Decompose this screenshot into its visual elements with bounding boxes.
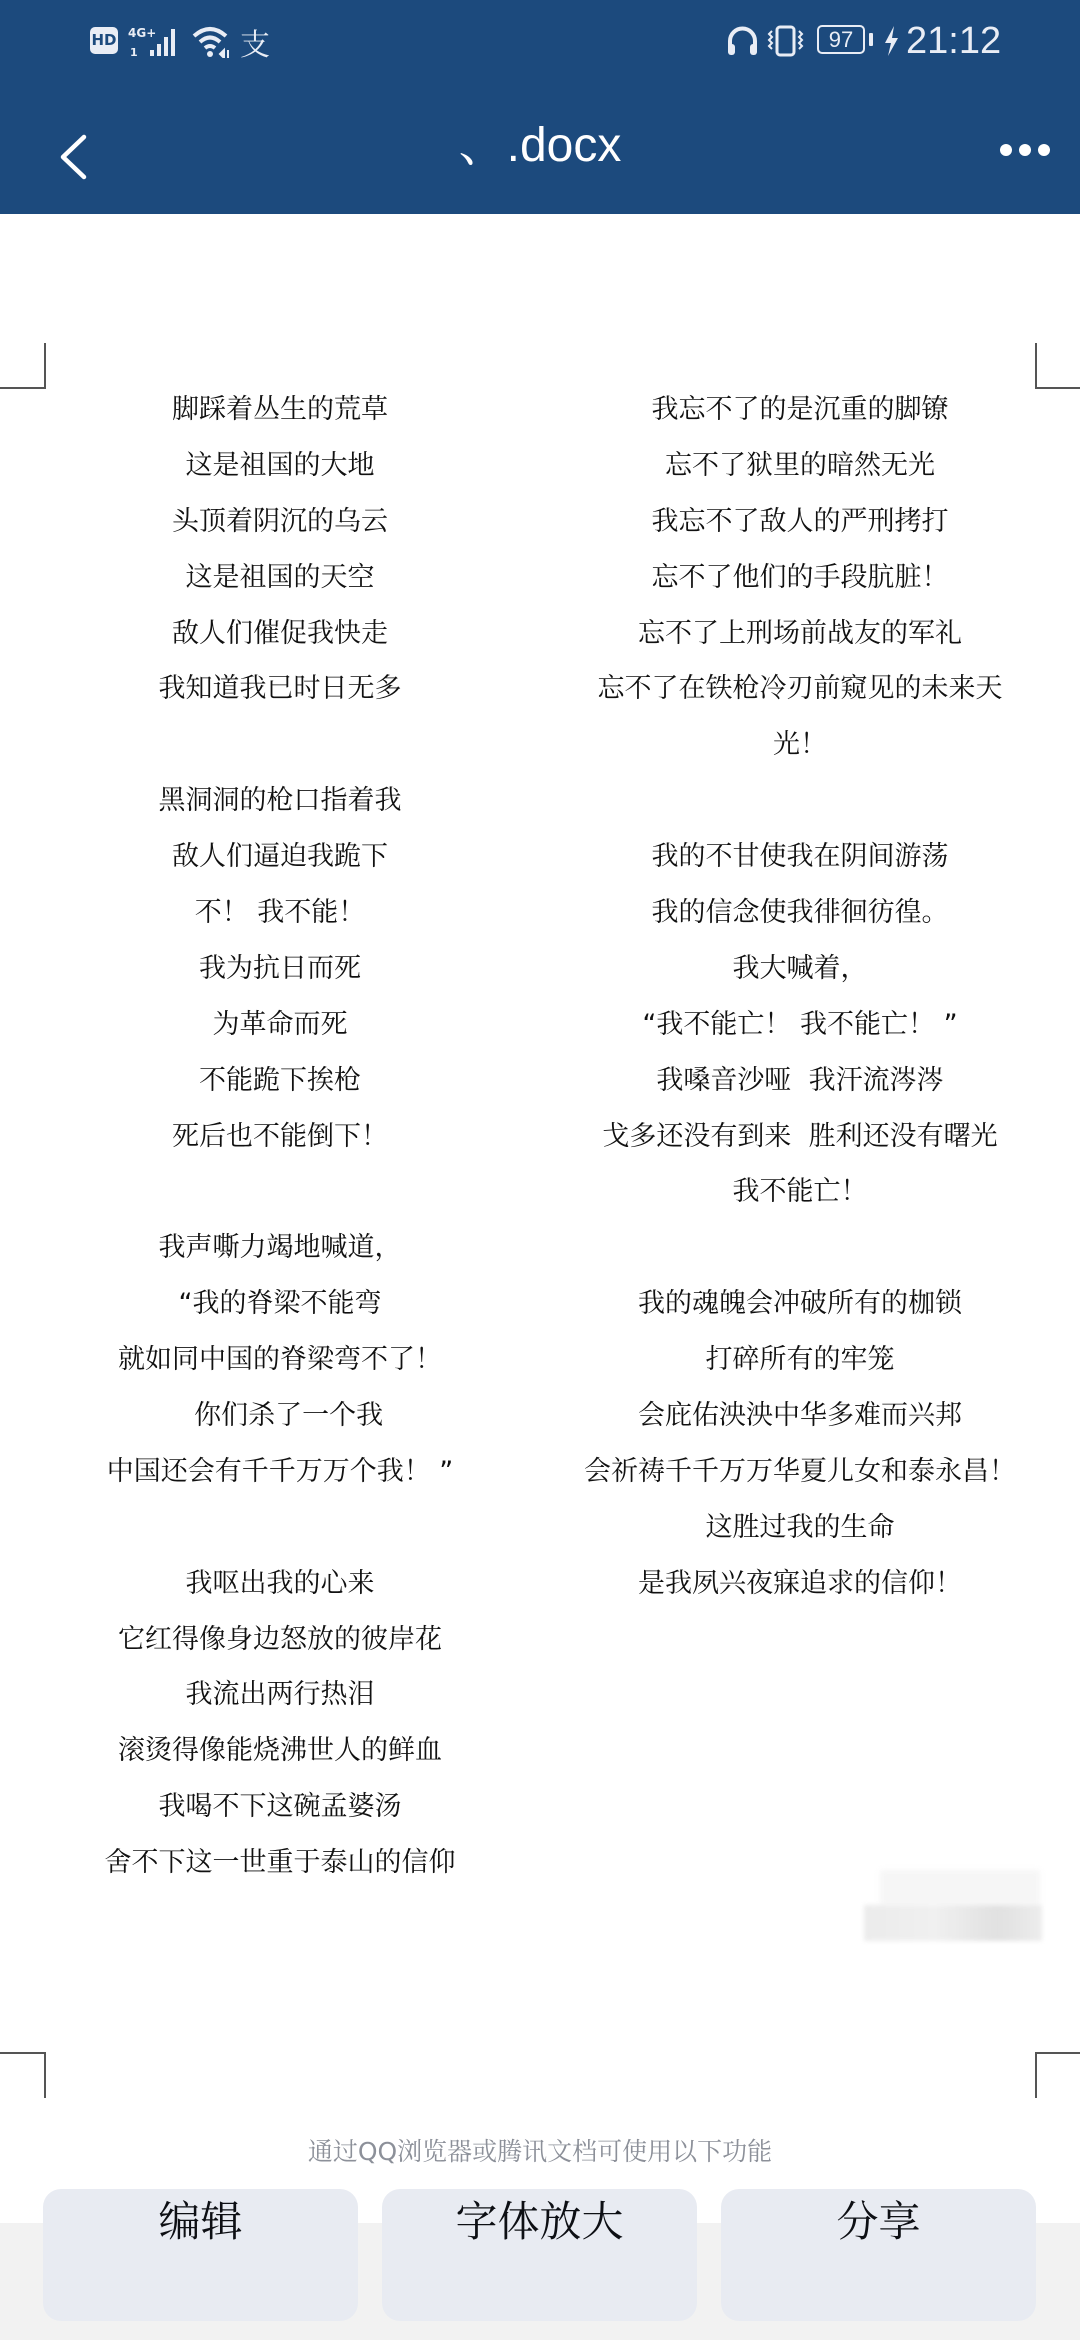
poem-line: 我嗓音沙哑 我汗流涔涔 xyxy=(570,1058,1030,1114)
poem-line: 就如同中国的脊梁弯不了！ xyxy=(60,1337,500,1393)
poem-line: 我声嘶力竭地喊道， xyxy=(60,1225,500,1281)
page-corner-mark xyxy=(1035,2052,1080,2098)
poem-line: 我呕出我的心来 xyxy=(60,1561,500,1617)
poem-line: 我知道我已时日无多 xyxy=(60,666,500,722)
nav-bar: 、.docx xyxy=(0,80,1080,214)
poem-line xyxy=(60,1169,500,1225)
battery-tip xyxy=(869,33,873,46)
poem-line: 不！ 我不能！ xyxy=(60,890,500,946)
more-options-button[interactable] xyxy=(990,124,1060,174)
poem-line: 我大喊着， xyxy=(570,946,1030,1002)
page-corner-mark xyxy=(0,343,46,389)
more-horizontal-icon xyxy=(1038,144,1050,156)
document-page[interactable]: 脚踩着丛生的荒草 这是祖国的大地 头顶着阴沉的乌云 这是祖国的天空 敌人们催促我… xyxy=(0,214,1080,2114)
feature-hint-text: 通过QQ浏览器或腾讯文档可使用以下功能 xyxy=(0,2132,1080,2172)
poem-line: 它红得像身边怒放的彼岸花 xyxy=(60,1617,500,1673)
status-time: 21:12 xyxy=(906,20,1001,63)
poem-line: 这是祖国的天空 xyxy=(60,555,500,611)
poem-line: 我不能亡！ xyxy=(570,1169,1030,1225)
poem-line: 敌人们逼迫我跪下 xyxy=(60,834,500,890)
svg-text:4G+: 4G+ xyxy=(128,26,156,40)
poem-line: 黑洞洞的枪口指着我 xyxy=(60,778,500,834)
poem-line: 忘不了狱里的暗然无光 xyxy=(570,443,1030,499)
wifi-icon xyxy=(192,24,236,58)
vibrate-icon xyxy=(766,25,806,57)
battery-icon: 97 xyxy=(817,25,865,54)
poem-line: 我为抗日而死 xyxy=(60,946,500,1002)
poem-line xyxy=(570,778,1030,834)
more-horizontal-icon xyxy=(1019,144,1031,156)
poem-line xyxy=(60,1505,500,1561)
blurred-watermark xyxy=(880,1870,1040,1906)
poem-line: 死后也不能倒下！ xyxy=(60,1114,500,1170)
poem-line: 头顶着阴沉的乌云 xyxy=(60,499,500,555)
status-bar: HD 4G+ 1 支 97 xyxy=(0,0,1080,80)
page-corner-mark xyxy=(0,2052,46,2098)
chevron-left-icon xyxy=(58,134,88,180)
poem-line: 我流出两行热泪 xyxy=(60,1672,500,1728)
poem-line: 忘不了他们的手段肮脏！ xyxy=(570,555,1030,611)
poem-line: “我的脊梁不能弯 xyxy=(60,1281,500,1337)
poem-line xyxy=(570,1225,1030,1281)
poem-line: 你们杀了一个我 xyxy=(60,1393,500,1449)
poem-column-left: 脚踩着丛生的荒草 这是祖国的大地 头顶着阴沉的乌云 这是祖国的天空 敌人们催促我… xyxy=(60,387,500,1896)
poem-line: 我喝不下这碗孟婆汤 xyxy=(60,1784,500,1840)
poem-line: 这胜过我的生命 xyxy=(570,1505,1030,1561)
poem-line: 我的不甘使我在阴间游荡 xyxy=(570,834,1030,890)
4g-signal-icon: 4G+ 1 xyxy=(128,24,184,58)
share-button[interactable]: 分享 xyxy=(721,2189,1036,2321)
more-horizontal-icon xyxy=(1000,144,1012,156)
poem-line: 这是祖国的大地 xyxy=(60,443,500,499)
poem-line: 中国还会有千千万万个我！ ” xyxy=(60,1449,500,1505)
poem-line: “我不能亡！ 我不能亡！ ” xyxy=(570,1002,1030,1058)
poem-line: 会祈祷千千万万华夏儿女和泰永昌！ xyxy=(570,1449,1030,1505)
poem-line xyxy=(60,722,500,778)
poem-line: 是我夙兴夜寐追求的信仰！ xyxy=(570,1561,1030,1617)
poem-line: 忘不了在铁枪冷刃前窥见的未来天 xyxy=(570,666,1030,722)
document-title: 、.docx xyxy=(200,116,880,176)
app-header: HD 4G+ 1 支 97 xyxy=(0,0,1080,214)
poem-column-right: 我忘不了的是沉重的脚镣 忘不了狱里的暗然无光 我忘不了敌人的严刑拷打 忘不了他们… xyxy=(570,387,1030,1617)
charging-bolt-icon xyxy=(884,26,899,56)
poem-line: 舍不下这一世重于泰山的信仰 xyxy=(60,1840,500,1896)
enlarge-font-button[interactable]: 字体放大 xyxy=(382,2189,697,2321)
hd-icon: HD xyxy=(90,27,118,54)
poem-line: 不能跪下挨枪 xyxy=(60,1058,500,1114)
poem-line: 我忘不了敌人的严刑拷打 xyxy=(570,499,1030,555)
back-button[interactable] xyxy=(40,120,100,190)
poem-line: 戈多还没有到来 胜利还没有曙光 xyxy=(570,1114,1030,1170)
poem-line: 敌人们催促我快走 xyxy=(60,611,500,667)
poem-line: 忘不了上刑场前战友的军礼 xyxy=(570,611,1030,667)
poem-line: 我的魂魄会冲破所有的枷锁 xyxy=(570,1281,1030,1337)
page-corner-mark xyxy=(1035,343,1080,389)
poem-line: 脚踩着丛生的荒草 xyxy=(60,387,500,443)
poem-line: 光！ xyxy=(570,722,1030,778)
alipay-icon: 支 xyxy=(240,20,270,64)
poem-line: 为革命而死 xyxy=(60,1002,500,1058)
poem-line: 会庇佑泱泱中华多难而兴邦 xyxy=(570,1393,1030,1449)
edit-button[interactable]: 编辑 xyxy=(43,2189,358,2321)
headphone-icon xyxy=(727,26,758,56)
poem-line: 打碎所有的牢笼 xyxy=(570,1337,1030,1393)
svg-text:1: 1 xyxy=(130,46,138,58)
poem-line: 我忘不了的是沉重的脚镣 xyxy=(570,387,1030,443)
poem-line: 我的信念使我徘徊彷徨。 xyxy=(570,890,1030,946)
poem-line: 滚烫得像能烧沸世人的鲜血 xyxy=(60,1728,500,1784)
blurred-watermark xyxy=(864,1905,1042,1941)
